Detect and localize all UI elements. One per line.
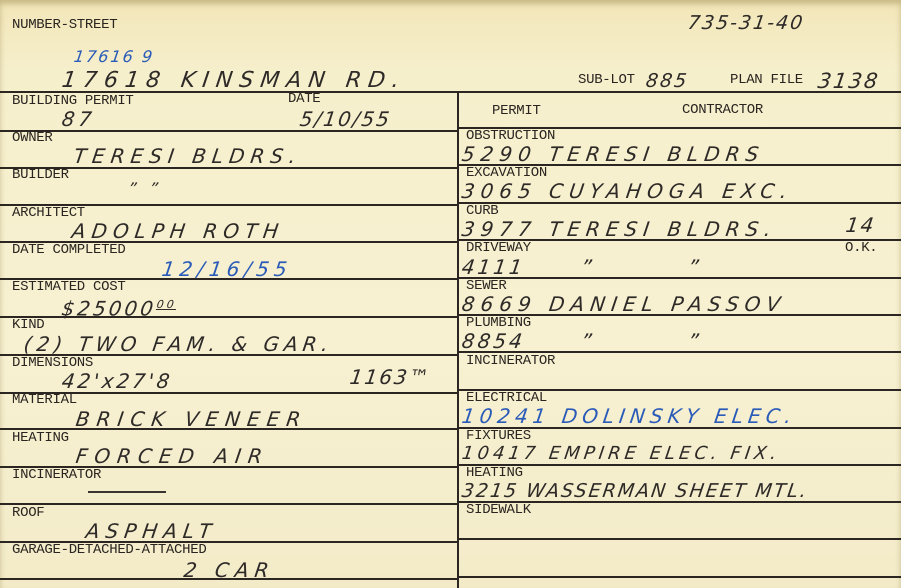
curb-value: 3977 TERESI BLDRS. — [460, 218, 778, 240]
curb-label: CURB — [466, 204, 498, 218]
heating-label: HEATING — [12, 431, 69, 445]
date-completed-value: 12/16/55 — [160, 258, 293, 280]
material-value: BRICK VENEER — [74, 408, 308, 430]
material-label: MATERIAL — [12, 393, 77, 407]
sidewalk-label: SIDEWALK — [466, 503, 531, 517]
plumbing-value: 8854 ” ” — [460, 330, 702, 352]
excavation-label: EXCAVATION — [466, 166, 547, 180]
garage-value: 2 CAR — [182, 559, 276, 581]
incinerator-empty-dash — [88, 491, 166, 493]
architect-label: ARCHITECT — [12, 206, 85, 220]
driveway-label: DRIVEWAY — [466, 241, 531, 255]
contractor-header: CONTRACTOR — [682, 103, 763, 117]
estimated-cost-amount: $25000 — [60, 297, 158, 321]
sub-lot-value: 885 — [644, 70, 689, 92]
permit-header: PERMIT — [492, 104, 541, 118]
column-divider — [457, 91, 459, 588]
estimated-cost-cents: 00 — [156, 298, 178, 311]
divider — [0, 503, 457, 505]
parcel-number: 735-31-40 — [686, 12, 805, 34]
roof-label: ROOF — [12, 506, 44, 520]
heating-permit-value: 3215 WASSERMAN SHEET MTL. — [460, 480, 809, 502]
dimensions-area: 1163™ — [348, 366, 432, 388]
divider — [457, 576, 901, 578]
heating-permit-label: HEATING — [466, 466, 523, 480]
kind-label: KIND — [12, 318, 44, 332]
building-record-card: NUMBER-STREET 735-31-40 17616 9 17618 KI… — [0, 0, 901, 588]
date-completed-label: DATE COMPLETED — [12, 243, 125, 257]
plumbing-label: PLUMBING — [466, 316, 531, 330]
fixtures-value: 10417 EMPIRE ELEC. FIX. — [460, 443, 781, 465]
roof-value: ASPHALT — [84, 520, 218, 542]
driveway-value: 4111 ” ” — [460, 256, 702, 278]
excavation-value: 3065 CUYAHOGA EXC. — [460, 180, 794, 202]
sewer-label: SEWER — [466, 279, 507, 293]
date-value: 5/10/55 — [298, 108, 392, 130]
plan-file-label: PLAN FILE — [730, 73, 803, 87]
sewer-value: 8669 DANIEL PASSOV — [460, 293, 787, 315]
dimensions-value: 42'x27'8 — [60, 370, 174, 392]
incinerator-label: INCINERATOR — [12, 468, 101, 482]
building-permit-value: 87 — [60, 108, 97, 130]
estimated-cost-label: ESTIMATED COST — [12, 280, 125, 294]
electrical-label: ELECTRICAL — [466, 391, 547, 405]
driveway-status: O.K. — [845, 241, 877, 255]
fixtures-label: FIXTURES — [466, 429, 531, 443]
garage-label: GARAGE-DETACHED-ATTACHED — [12, 543, 206, 557]
architect-value: ADOLPH ROTH — [70, 220, 285, 242]
kind-value: (2) TWO FAM. & GAR. — [22, 333, 334, 355]
owner-value: TERESI BLDRS. — [72, 145, 303, 167]
dimensions-label: DIMENSIONS — [12, 356, 93, 370]
electrical-value: 10241 DOLINSKY ELEC. — [460, 405, 797, 427]
plan-file-value: 3138 — [816, 70, 881, 92]
building-permit-label: BUILDING PERMIT — [12, 94, 134, 108]
date-label: DATE — [288, 92, 320, 106]
obstruction-label: OBSTRUCTION — [466, 129, 555, 143]
incinerator-permit-label: INCINERATOR — [466, 354, 555, 368]
number-street-label: NUMBER-STREET — [12, 18, 117, 32]
builder-value: ” ” — [126, 178, 163, 200]
builder-label: BUILDER — [12, 168, 69, 182]
heating-value: FORCED AIR — [74, 445, 270, 467]
owner-label: OWNER — [12, 131, 53, 145]
divider — [457, 538, 901, 540]
address: 17618 KINSMAN RD. — [60, 70, 407, 92]
sub-lot-label: SUB-LOT — [578, 73, 635, 87]
estimated-cost-value: $2500000 — [60, 294, 178, 320]
obstruction-value: 5290 TERESI BLDRS — [460, 143, 766, 165]
divider — [0, 91, 901, 93]
address-alt-number: 17616 9 — [72, 46, 155, 68]
curb-extra: 14 — [844, 214, 877, 236]
